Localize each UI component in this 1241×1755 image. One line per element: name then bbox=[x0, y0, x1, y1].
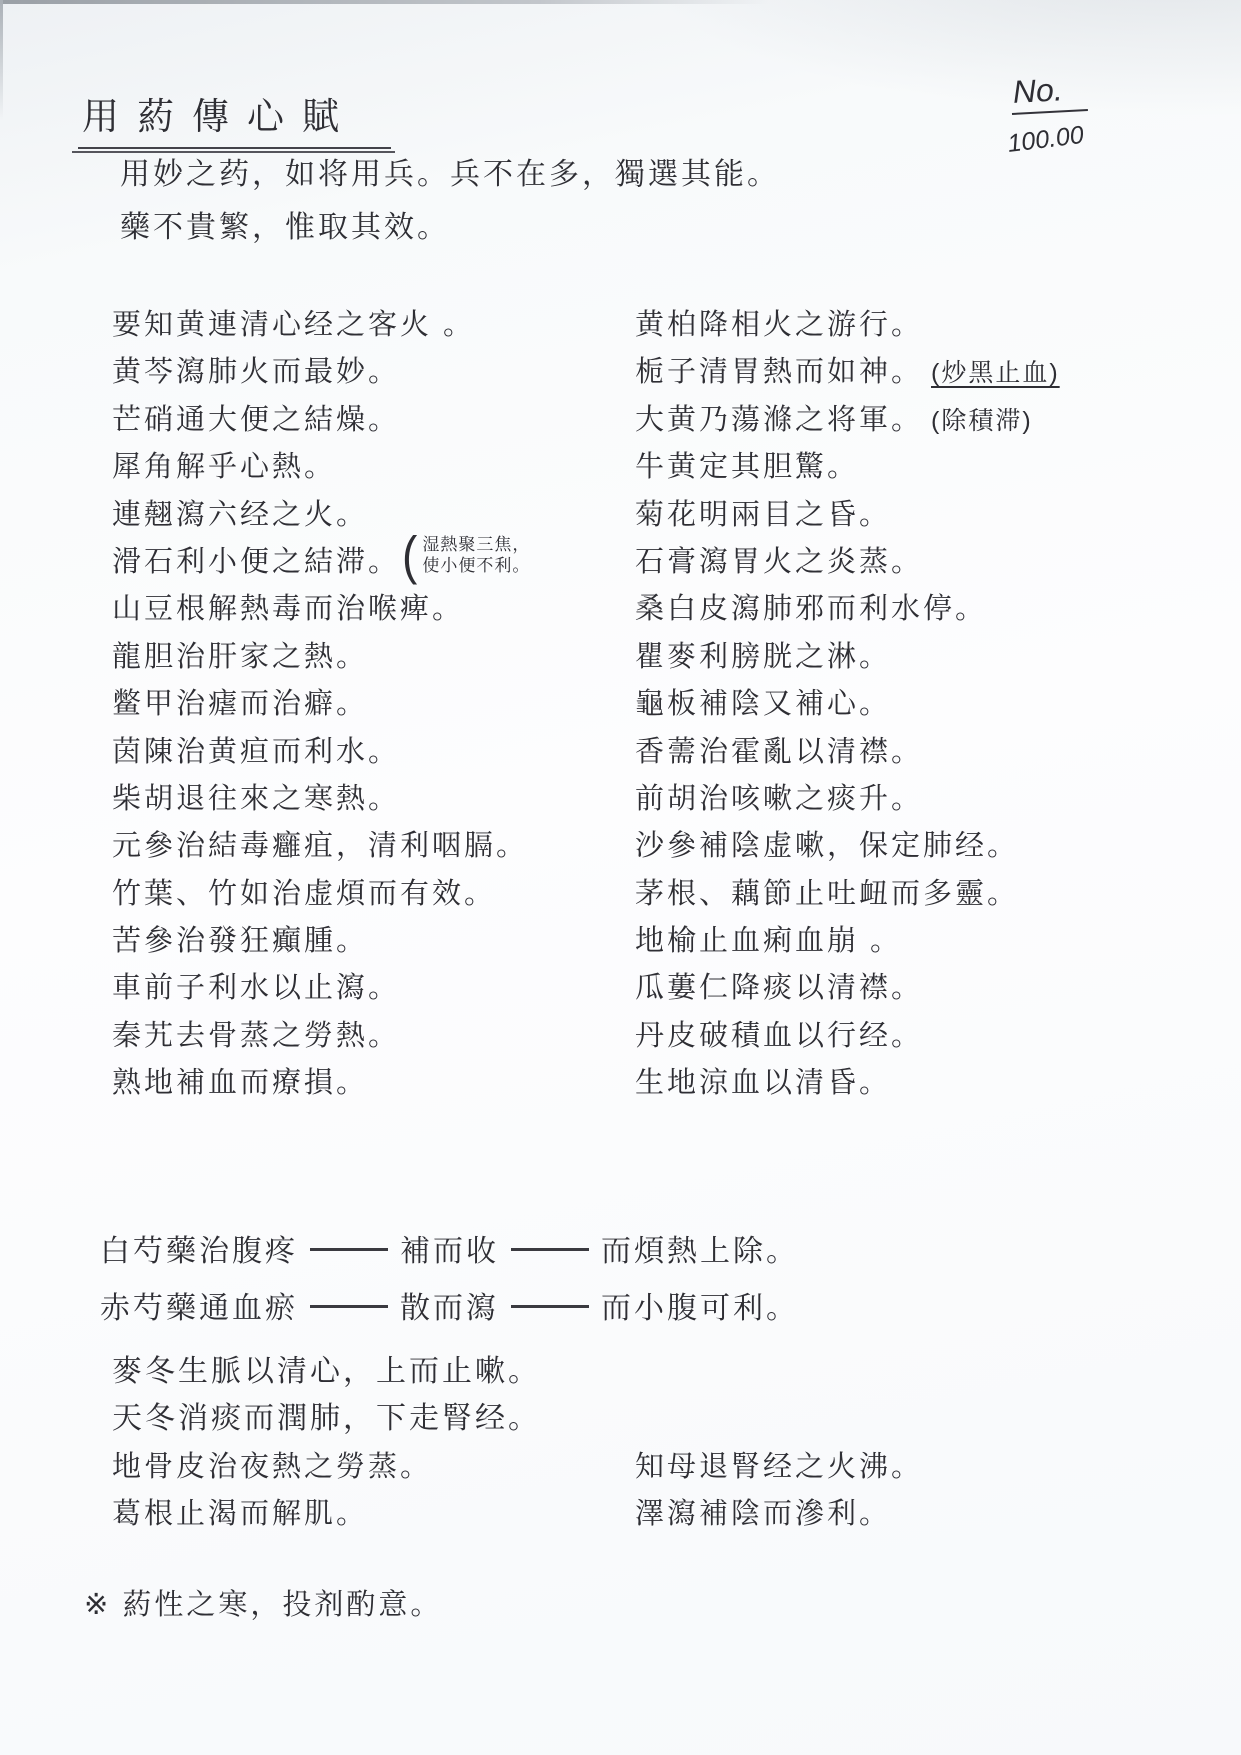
document-number-label: No. bbox=[1010, 70, 1088, 115]
page-title: 用葯傳心賦 bbox=[78, 86, 391, 149]
herb-line-left-text: 地骨皮治夜熱之勞蒸。 bbox=[112, 1451, 432, 1483]
dash-line bbox=[310, 1248, 388, 1251]
shao-line: 白芍藥治腹疼補而收而煩熱上除。 bbox=[100, 1226, 799, 1283]
shao-mid: 散而瀉 bbox=[400, 1292, 499, 1325]
herb-line-right: 丹皮破積血以行经。 bbox=[635, 1013, 923, 1054]
herb-line: 滑石利小便之結滞。(湿熱聚三焦，使小便不利。石膏瀉胃火之炎蒸。 bbox=[112, 539, 1222, 586]
herb-line-right-text: 前胡治咳嗽之痰升。 bbox=[635, 783, 923, 815]
herb-line: 要知黄連清心经之客火 。黄柏降相火之游行。 bbox=[112, 302, 1222, 349]
herb-line-left-text: 車前子利水以止瀉。 bbox=[112, 972, 400, 1004]
herb-line-right-text: 澤瀉補陰而滲利。 bbox=[635, 1498, 891, 1530]
herb-line-left: 熟地補血而療損。 bbox=[112, 1060, 368, 1101]
herb-line-right-text: 香薷治霍亂以清襟。 bbox=[635, 736, 923, 768]
herb-line-right-text: 茅根、藕節止吐衄而多靈。 bbox=[635, 878, 1019, 910]
herb-line-right: 茅根、藕節止吐衄而多靈。 bbox=[635, 871, 1019, 912]
couplet-line: 天冬消痰而潤肺，下走腎经。 bbox=[112, 1395, 541, 1442]
dash-line bbox=[310, 1305, 388, 1308]
footnote: ※ 葯性之寒，投剂酌意。 bbox=[84, 1582, 442, 1623]
herb-line-right: 龜板補陰又補心。 bbox=[635, 681, 891, 722]
couplet-line: 麥冬生脈以清心，上而止嗽。 bbox=[112, 1348, 541, 1395]
herb-line-left-text: 犀角解乎心熱。 bbox=[112, 451, 336, 483]
herb-line-right-text: 黄柏降相火之游行。 bbox=[635, 309, 923, 341]
inline-annotation: (湿熱聚三焦，使小便不利。 bbox=[402, 532, 530, 578]
scanned-document-page: 用葯傳心賦 No. 100.00 用妙之药，如将用兵。兵不在多，獨選其能。 藥不… bbox=[0, 0, 1241, 1755]
couplet-lines: 麥冬生脈以清心，上而止嗽。 天冬消痰而潤肺，下走腎经。 bbox=[112, 1348, 541, 1442]
intro-verse: 用妙之药，如将用兵。兵不在多，獨選其能。 藥不貴繁，惟取其效。 bbox=[120, 148, 780, 254]
annotation-line: 湿熱聚三焦， bbox=[422, 534, 530, 555]
herb-line-left-text: 元參治結毒癰疽，清利咽膈。 bbox=[112, 830, 528, 862]
herb-line-left-text: 要知黄連清心经之客火 。 bbox=[112, 309, 475, 341]
herb-line-left-text: 黄芩瀉肺火而最妙。 bbox=[112, 356, 400, 388]
dash-line bbox=[511, 1248, 589, 1251]
herb-line-right: 黄柏降相火之游行。 bbox=[635, 302, 923, 343]
herb-line-left-text: 竹葉、竹如治虚煩而有效。 bbox=[112, 878, 496, 910]
herb-line-left: 龍胆治肝家之熱。 bbox=[112, 634, 368, 675]
herb-line: 熟地補血而療損。生地涼血以清昏。 bbox=[112, 1060, 1222, 1107]
herb-line-left: 竹葉、竹如治虚煩而有效。 bbox=[112, 871, 496, 912]
herb-line: 車前子利水以止瀉。瓜蔞仁降痰以清襟。 bbox=[112, 965, 1222, 1012]
herb-line-right-text: 瓜蔞仁降痰以清襟。 bbox=[635, 972, 923, 1004]
herb-line-right-text: 知母退腎经之火沸。 bbox=[635, 1451, 923, 1483]
herb-line-right: 地榆止血痢血崩 。 bbox=[635, 918, 902, 959]
intro-line: 用妙之药，如将用兵。兵不在多，獨選其能。 bbox=[120, 148, 780, 201]
herb-line-left: 黄芩瀉肺火而最妙。 bbox=[112, 349, 400, 390]
herb-list-bottom: 地骨皮治夜熱之勞蒸。知母退腎经之火沸。葛根止渴而解肌。澤瀉補陰而滲利。 bbox=[112, 1444, 1222, 1539]
herb-line-right: 牛黄定其胆驚。 bbox=[635, 444, 859, 485]
scan-edge-left bbox=[0, 0, 3, 120]
document-number-value: 100.00 bbox=[1006, 120, 1091, 159]
herb-line: 葛根止渴而解肌。澤瀉補陰而滲利。 bbox=[112, 1491, 1222, 1538]
herb-line-left: 山豆根解熱毒而治喉痺。 bbox=[112, 586, 464, 627]
shao-mid: 補而收 bbox=[400, 1235, 499, 1268]
herb-line-right: 香薷治霍亂以清襟。 bbox=[635, 729, 923, 770]
herb-line-left-text: 柴胡退往來之寒熱。 bbox=[112, 783, 400, 815]
herb-line-left-text: 熟地補血而療損。 bbox=[112, 1067, 368, 1099]
herb-line-left-text: 茵陳治黄疸而利水。 bbox=[112, 736, 400, 768]
herb-line-left: 芒硝通大便之結燥。 bbox=[112, 397, 400, 438]
herb-line-right-text: 大黄乃蕩滌之将軍。 bbox=[635, 404, 923, 436]
herb-line-right: 澤瀉補陰而滲利。 bbox=[635, 1491, 891, 1532]
herb-line: 元參治結毒癰疽，清利咽膈。沙參補陰虚嗽，保定肺经。 bbox=[112, 823, 1222, 870]
herb-line-right: 栀子清胃熱而如神。(炒黑止血) bbox=[635, 349, 1060, 390]
herb-line: 芒硝通大便之結燥。大黄乃蕩滌之将軍。(除積滞) bbox=[112, 397, 1222, 444]
herb-line-right-text: 石膏瀉胃火之炎蒸。 bbox=[635, 546, 923, 578]
herb-line-left: 車前子利水以止瀉。 bbox=[112, 965, 400, 1006]
herb-line-right-text: 桑白皮瀉肺邪而利水停。 bbox=[635, 593, 987, 625]
herb-line-left: 犀角解乎心熱。 bbox=[112, 444, 336, 485]
herb-line-left-text: 鳖甲治瘧而治癖。 bbox=[112, 688, 368, 720]
shao-line: 赤芍藥通血瘀散而瀉而小腹可利。 bbox=[100, 1283, 799, 1340]
herb-line-left: 要知黄連清心经之客火 。 bbox=[112, 302, 475, 343]
herb-line-left-text: 山豆根解熱毒而治喉痺。 bbox=[112, 593, 464, 625]
shao-lines: 白芍藥治腹疼補而收而煩熱上除。赤芍藥通血瘀散而瀉而小腹可利。 bbox=[100, 1226, 799, 1340]
herb-line: 鳖甲治瘧而治癖。龜板補陰又補心。 bbox=[112, 681, 1222, 728]
herb-line: 柴胡退往來之寒熱。前胡治咳嗽之痰升。 bbox=[112, 776, 1222, 823]
herb-line-left: 苦參治發狂癲腫。 bbox=[112, 918, 368, 959]
herb-line-note: (除積滞) bbox=[931, 407, 1033, 435]
herb-line-right-text: 栀子清胃熱而如神。 bbox=[635, 356, 923, 388]
herb-line-right: 瓜蔞仁降痰以清襟。 bbox=[635, 965, 923, 1006]
herb-line: 竹葉、竹如治虚煩而有效。茅根、藕節止吐衄而多靈。 bbox=[112, 871, 1222, 918]
herb-line-right-text: 菊花明兩目之昏。 bbox=[635, 499, 891, 531]
herb-line-left-text: 葛根止渴而解肌。 bbox=[112, 1498, 368, 1530]
document-number: No. 100.00 bbox=[1010, 70, 1090, 156]
herb-line-left: 鳖甲治瘧而治癖。 bbox=[112, 681, 368, 722]
herb-line: 秦艽去骨蒸之勞熱。丹皮破積血以行经。 bbox=[112, 1013, 1222, 1060]
herb-line-note: (炒黑止血) bbox=[931, 359, 1060, 387]
herb-line-right-text: 生地涼血以清昏。 bbox=[635, 1067, 891, 1099]
herb-line-left: 秦艽去骨蒸之勞熱。 bbox=[112, 1013, 400, 1054]
herb-line-left: 地骨皮治夜熱之勞蒸。 bbox=[112, 1444, 432, 1485]
herb-line-right: 桑白皮瀉肺邪而利水停。 bbox=[635, 586, 987, 627]
herb-line-right: 沙參補陰虚嗽，保定肺经。 bbox=[635, 823, 1019, 864]
herb-line-right: 石膏瀉胃火之炎蒸。 bbox=[635, 539, 923, 580]
herb-line-right: 瞿麥利膀胱之淋。 bbox=[635, 634, 891, 675]
inline-annotation-text: 湿熱聚三焦，使小便不利。 bbox=[422, 534, 530, 576]
herb-list: 要知黄連清心经之客火 。黄柏降相火之游行。黄芩瀉肺火而最妙。栀子清胃熱而如神。(… bbox=[112, 302, 1222, 1108]
herb-line-left-text: 滑石利小便之結滞。 bbox=[112, 546, 400, 578]
herb-line-left-text: 芒硝通大便之結燥。 bbox=[112, 404, 400, 436]
annotation-line: 使小便不利。 bbox=[422, 555, 530, 576]
shao-head: 赤芍藥通血瘀 bbox=[100, 1292, 298, 1325]
herb-line: 地骨皮治夜熱之勞蒸。知母退腎经之火沸。 bbox=[112, 1444, 1222, 1491]
scan-edge-top bbox=[0, 0, 769, 4]
herb-line: 黄芩瀉肺火而最妙。栀子清胃熱而如神。(炒黑止血) bbox=[112, 349, 1222, 396]
herb-line: 山豆根解熱毒而治喉痺。桑白皮瀉肺邪而利水停。 bbox=[112, 586, 1222, 633]
herb-line-left: 茵陳治黄疸而利水。 bbox=[112, 729, 400, 770]
herb-line: 苦參治發狂癲腫。地榆止血痢血崩 。 bbox=[112, 918, 1222, 965]
herb-line-right: 菊花明兩目之昏。 bbox=[635, 492, 891, 533]
herb-line-right-text: 丹皮破積血以行经。 bbox=[635, 1020, 923, 1052]
shao-tail: 而小腹可利。 bbox=[601, 1292, 799, 1325]
herb-line-right: 知母退腎经之火沸。 bbox=[635, 1444, 923, 1485]
intro-line: 藥不貴繁，惟取其效。 bbox=[120, 201, 780, 254]
herb-line-left-text: 秦艽去骨蒸之勞熱。 bbox=[112, 1020, 400, 1052]
herb-line-right-text: 地榆止血痢血崩 。 bbox=[635, 925, 902, 957]
herb-line-left-text: 連翹瀉六经之火。 bbox=[112, 499, 368, 531]
herb-line: 茵陳治黄疸而利水。香薷治霍亂以清襟。 bbox=[112, 729, 1222, 776]
herb-line-left: 葛根止渴而解肌。 bbox=[112, 1491, 368, 1532]
shao-tail: 而煩熱上除。 bbox=[601, 1235, 799, 1268]
herb-line-right-text: 龜板補陰又補心。 bbox=[635, 688, 891, 720]
herb-line: 犀角解乎心熱。牛黄定其胆驚。 bbox=[112, 444, 1222, 491]
shao-head: 白芍藥治腹疼 bbox=[100, 1235, 298, 1268]
herb-line-right: 生地涼血以清昏。 bbox=[635, 1060, 891, 1101]
herb-line-right: 大黄乃蕩滌之将軍。(除積滞) bbox=[635, 397, 1033, 438]
herb-line-right: 前胡治咳嗽之痰升。 bbox=[635, 776, 923, 817]
brace-icon: ( bbox=[402, 529, 420, 582]
herb-line-left: 元參治結毒癰疽，清利咽膈。 bbox=[112, 823, 528, 864]
herb-line: 連翹瀉六经之火。菊花明兩目之昏。 bbox=[112, 492, 1222, 539]
herb-line-left: 滑石利小便之結滞。(湿熱聚三焦，使小便不利。 bbox=[112, 539, 530, 586]
herb-line-left-text: 苦參治發狂癲腫。 bbox=[112, 925, 368, 957]
herb-line-right-text: 沙參補陰虚嗽，保定肺经。 bbox=[635, 830, 1019, 862]
herb-line-right-text: 瞿麥利膀胱之淋。 bbox=[635, 641, 891, 673]
herb-line-left-text: 龍胆治肝家之熱。 bbox=[112, 641, 368, 673]
herb-line-left: 連翹瀉六经之火。 bbox=[112, 492, 368, 533]
herb-line: 龍胆治肝家之熱。瞿麥利膀胱之淋。 bbox=[112, 634, 1222, 681]
dash-line bbox=[511, 1305, 589, 1308]
herb-line-right-text: 牛黄定其胆驚。 bbox=[635, 451, 859, 483]
herb-line-left: 柴胡退往來之寒熱。 bbox=[112, 776, 400, 817]
